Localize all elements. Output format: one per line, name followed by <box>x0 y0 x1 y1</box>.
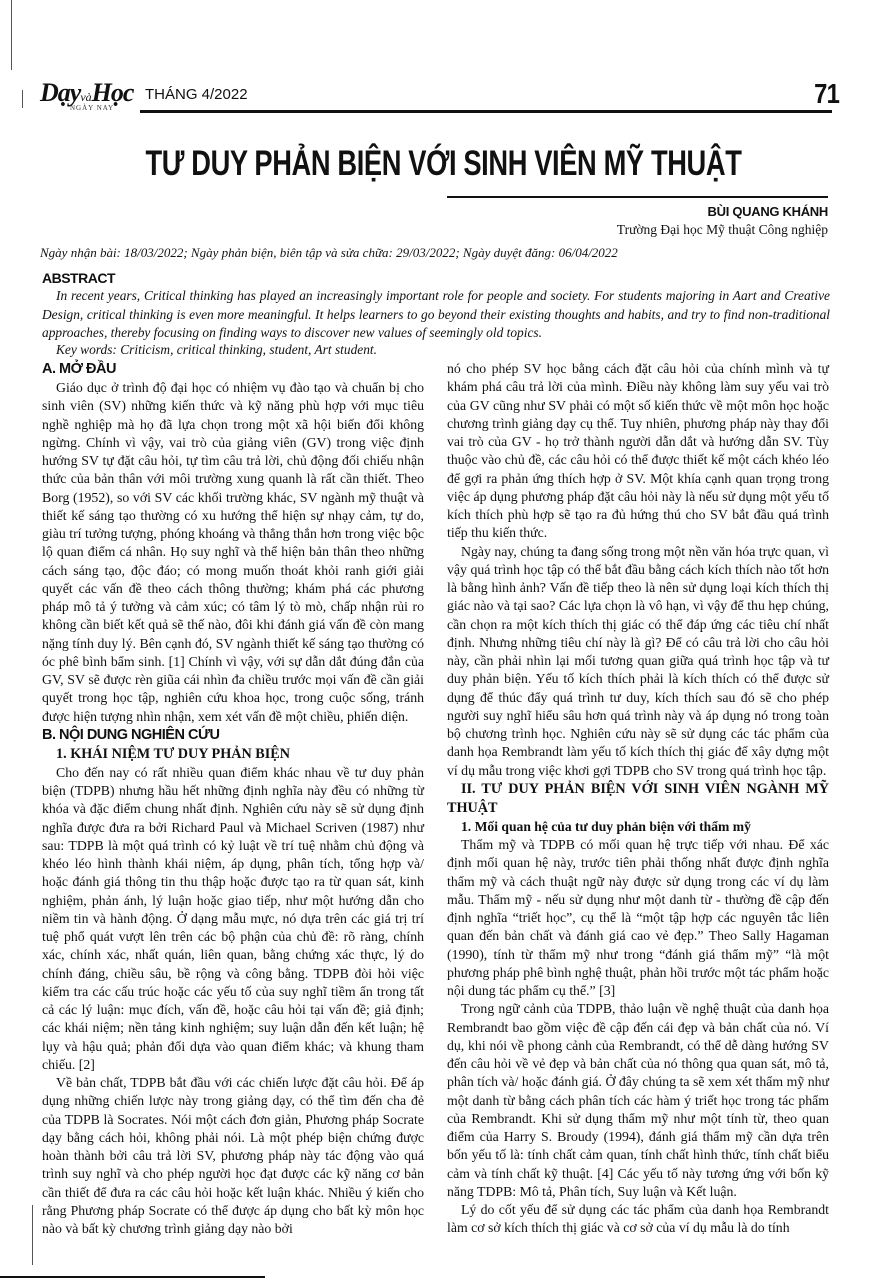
paragraph: Thẩm mỹ và TDPB có mối quan hệ trực tiếp… <box>447 836 829 1000</box>
left-column: A. MỞ ĐẦU Giáo dục ở trình độ đại học có… <box>42 360 424 1238</box>
journal-logo-subtitle: NGÀY NAY <box>70 104 114 112</box>
section-heading-art-students: II. TƯ DUY PHẢN BIỆN VỚI SINH VIÊN NGÀNH… <box>447 780 829 818</box>
author-affiliation: Trường Đại học Mỹ thuật Công nghiệp <box>617 222 828 238</box>
paragraph: Cho đến nay có rất nhiều quan điểm khác … <box>42 764 424 1074</box>
paragraph: Ngày nay, chúng ta đang sống trong một n… <box>447 543 829 780</box>
right-column: nó cho phép SV học bằng cách đặt câu hỏi… <box>447 360 829 1238</box>
paragraph: Trong ngữ cảnh của TDPB, thảo luận về ng… <box>447 1000 829 1201</box>
article-title: TƯ DUY PHẢN BIỆN VỚI SINH VIÊN MỸ THUẬT <box>98 144 790 184</box>
page-number: 71 <box>814 78 839 110</box>
paragraph: Lý do cốt yếu để sử dụng các tác phẩm củ… <box>447 1201 829 1238</box>
submission-dates: Ngày nhận bài: 18/03/2022; Ngày phản biệ… <box>40 245 618 261</box>
section-heading-content: B. NỘI DUNG NGHIÊN CỨU <box>42 726 424 745</box>
scan-margin-mark <box>32 1205 33 1265</box>
author-name: BÙI QUANG KHÁNH <box>708 204 828 219</box>
issue-date: THÁNG 4/2022 <box>145 86 248 103</box>
scan-margin-mark <box>11 0 12 70</box>
subsection-heading-aesthetics: 1. Mối quan hệ của tư duy phản biện với … <box>447 818 829 836</box>
paragraph: Giáo dục ở trình độ đại học có nhiệm vụ … <box>42 379 424 726</box>
scan-margin-mark <box>22 90 23 108</box>
running-header: DạyvàHọc NGÀY NAY THÁNG 4/2022 71 <box>40 80 830 120</box>
section-heading-intro: A. MỞ ĐẦU <box>42 360 424 379</box>
abstract-heading: ABSTRACT <box>42 270 115 286</box>
keywords: Key words: Criticism, critical thinking,… <box>56 342 377 358</box>
paragraph: Về bản chất, TDPB bắt đầu với các chiến … <box>42 1074 424 1238</box>
subsection-heading-concept: 1. KHÁI NIỆM TƯ DUY PHẢN BIỆN <box>42 745 424 764</box>
abstract-body: In recent years, Critical thinking has p… <box>42 287 830 343</box>
paragraph: nó cho phép SV học bằng cách đặt câu hỏi… <box>447 360 829 543</box>
title-rule <box>447 196 828 198</box>
header-rule <box>140 110 832 113</box>
